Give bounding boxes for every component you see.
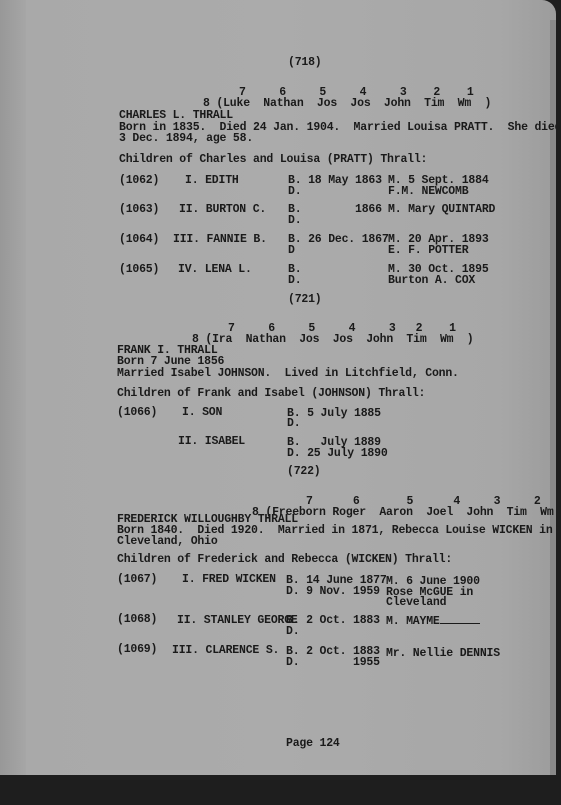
child-spouse-place: Cleveland: [386, 596, 446, 609]
child-ref: (1065): [119, 263, 159, 276]
child-name: I. EDITH: [185, 174, 239, 187]
child-ref: (1069): [117, 643, 157, 656]
section-id: (722): [287, 465, 321, 478]
section-id: (718): [288, 56, 322, 69]
child-spouse: E. F. POTTER: [388, 244, 468, 257]
child-born: B. 5 July 1885: [287, 407, 381, 420]
child-name: II. BURTON C.: [179, 203, 266, 216]
child-spouse: F.M. NEWCOMB: [388, 185, 468, 198]
child-died: D.: [286, 625, 299, 638]
children-heading: Children of Charles and Louisa (PRATT) T…: [119, 153, 427, 166]
child-married: Mr. Nellie DENNIS: [386, 647, 500, 660]
children-heading: Children of Frank and Isabel (JOHNSON) T…: [117, 387, 425, 400]
child-name: IV. LENA L.: [178, 263, 252, 276]
lineage: 8 (Luke Nathan Jos Jos John Tim Wm ): [203, 97, 491, 110]
child-ref: (1066): [117, 406, 157, 419]
page-number: Page 124: [286, 737, 340, 750]
section-id: (721): [288, 293, 322, 306]
child-died: D. 1955: [286, 656, 380, 669]
child-married: M. Mary QUINTARD: [388, 203, 495, 216]
child-died: D.: [288, 214, 301, 227]
child-died: D: [288, 244, 295, 257]
child-born: B. 1866: [288, 203, 382, 216]
bio-line: Married Isabel JOHNSON. Lived in Litchfi…: [117, 367, 459, 380]
child-name: II. STANLEY GEORGE: [177, 614, 298, 627]
page-left-edge: [0, 0, 26, 775]
bio-line: 3 Dec. 1894, age 58.: [119, 132, 253, 145]
child-ref: (1064): [119, 233, 159, 246]
child-ref: (1068): [117, 613, 157, 626]
child-name: II. ISABEL: [178, 435, 245, 448]
child-name: I. FRED WICKEN: [182, 573, 276, 586]
child-married-text: M. MAYME: [386, 615, 440, 628]
child-born: B. 18 May 1863: [288, 174, 382, 187]
children-heading: Children of Frederick and Rebecca (WICKE…: [117, 553, 452, 566]
child-ref: (1062): [119, 174, 159, 187]
child-born: B. 26 Dec. 1867: [288, 233, 389, 246]
child-ref: (1063): [119, 203, 159, 216]
child-died: D. 9 Nov. 1959: [286, 585, 380, 598]
document-page: (718) 7 6 5 4 3 2 1 8 (Luke Nathan Jos J…: [0, 0, 556, 775]
child-name: III. CLARENCE S.: [172, 644, 279, 657]
child-died: D.: [288, 274, 301, 287]
child-ref: (1067): [117, 573, 157, 586]
child-born: B. 2 Oct. 1883: [286, 614, 380, 627]
blank-line: [440, 614, 480, 624]
child-died: D.: [288, 185, 301, 198]
child-spouse: Burton A. COX: [388, 274, 475, 287]
child-died: D. 25 July 1890: [287, 447, 388, 460]
child-name: I. SON: [182, 406, 222, 419]
child-name: III. FANNIE B.: [173, 233, 267, 246]
child-died: D.: [287, 417, 300, 430]
child-married: M. MAYME: [386, 614, 480, 628]
bio-line: Cleveland, Ohio: [117, 535, 218, 548]
lineage: 8 (Ira Nathan Jos Jos John Tim Wm ): [192, 333, 473, 346]
